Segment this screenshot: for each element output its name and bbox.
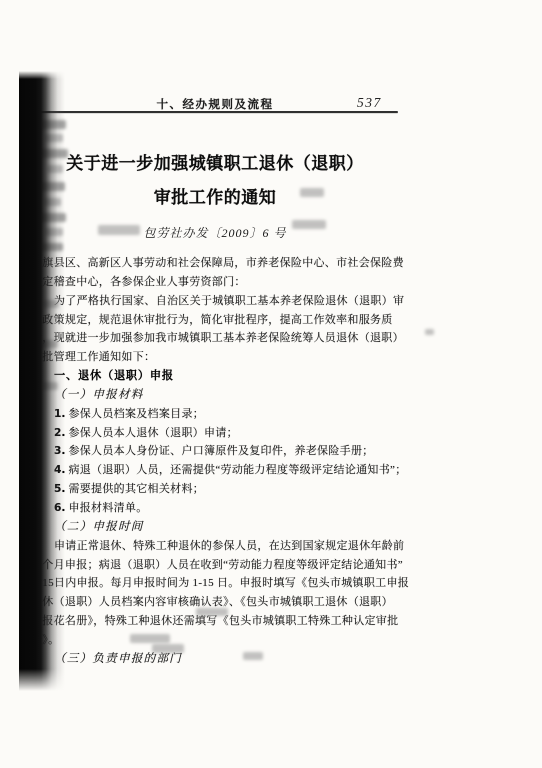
body-line: 量，现就进一步加强参加我市城镇职工基本养老保险统筹人员退休（退职） <box>31 329 399 348</box>
page-number: 537 <box>357 95 382 111</box>
list-item-text: 申报材料清单。 <box>65 502 147 514</box>
bleed-through-mark <box>130 634 170 643</box>
body-line: 申请正常退休、特殊工种退休的参保人员，在达到国家规定退休年龄前 <box>31 537 399 556</box>
bleed-through-mark <box>196 608 228 616</box>
list-item-text: 参保人员本人退休（退职）申请； <box>65 427 238 439</box>
bleed-through-mark <box>43 300 59 308</box>
bleed-through-mark <box>300 188 324 197</box>
list-item-number: 6. <box>54 502 65 514</box>
list-item-number: 4. <box>54 464 65 476</box>
bleed-through-mark <box>98 225 140 235</box>
body-line: 表》。 <box>31 631 399 650</box>
bleed-through-mark <box>38 149 68 158</box>
bleed-through-mark <box>39 213 66 222</box>
bleed-through-mark <box>47 165 63 173</box>
body-line: 6. 申报材料清单。 <box>31 499 399 518</box>
body-line: 后15日内申报。每月申报时间为 1-15 日。申报时填写《包头市城镇职工申报 <box>31 574 399 593</box>
bleed-through-mark <box>40 120 66 129</box>
running-header-section-title: 十、经办规则及流程 <box>32 96 398 112</box>
list-item-number: 1. <box>54 408 65 420</box>
list-item-text: 参保人员本人身份证、户口簿原件及复印件，养老保险手册； <box>65 445 373 457</box>
body-line: （一）申报材料 <box>31 386 399 405</box>
body-line: （三）负责申报的部门 <box>31 650 399 669</box>
bleed-through-mark <box>292 220 326 229</box>
body-line: 审批管理工作通知如下： <box>31 348 399 367</box>
list-item-text: 需要提供的其它相关材料； <box>65 483 204 495</box>
bleed-through-mark <box>42 382 58 390</box>
list-item-number: 3. <box>54 445 65 457</box>
bleed-through-mark <box>243 652 263 660</box>
bleed-through-mark <box>40 340 58 348</box>
body-line: 为了严格执行国家、自治区关于城镇职工基本养老保险退休（退职）审 <box>31 292 399 311</box>
body-line: 5. 需要提供的其它相关材料； <box>31 480 399 499</box>
bleed-through-mark <box>40 182 65 191</box>
list-item-number: 5. <box>54 483 65 495</box>
bleed-through-mark <box>152 644 184 653</box>
body-line: 一个月申报；病退（退职）人员在收到“劳动能力程度等级评定结论通知书” <box>31 556 399 575</box>
body-line: 一、退休（退职）申报 <box>31 367 399 386</box>
bleed-through-mark <box>45 134 63 142</box>
document-title-line-1: 关于进一步加强城镇职工退休（退职） <box>31 149 399 174</box>
body-line: （二）申报时间 <box>31 518 399 537</box>
body-line: 2. 参保人员本人退休（退职）申请； <box>31 424 399 443</box>
body-line: 批政策规定，规范退休审批行为，简化审批程序，提高工作效率和服务质 <box>31 311 399 330</box>
document-reference-number: 包劳社办发〔2009〕6 号 <box>31 224 399 241</box>
body-line: 核定稽查中心，各参保企业人事劳资部门： <box>31 273 399 292</box>
list-item-text: 病退（退职）人员，还需提供“劳动能力程度等级评定结论通知书”； <box>65 464 406 476</box>
body-line: 1. 参保人员档案及档案目录； <box>31 405 399 424</box>
bleed-through-mark <box>41 243 63 251</box>
list-item-text: 参保人员档案及档案目录； <box>65 408 204 420</box>
scanned-document-page: 十、经办规则及流程 537 关于进一步加强城镇职工退休（退职） 审批工作的通知 … <box>0 0 542 768</box>
bleed-through-mark <box>45 228 63 236</box>
list-item-number: 2. <box>54 427 65 439</box>
body-line: 各旗县区、高新区人事劳动和社会保障局，市养老保险中心、市社会保险费 <box>31 254 399 273</box>
body-line: 3. 参保人员本人身份证、户口簿原件及复印件，养老保险手册； <box>31 442 399 461</box>
bleed-through-mark <box>44 198 61 206</box>
document-body: 各旗县区、高新区人事劳动和社会保障局，市养老保险中心、市社会保险费核定稽查中心，… <box>31 254 399 669</box>
body-line: 4. 病退（退职）人员，还需提供“劳动能力程度等级评定结论通知书”； <box>31 461 399 480</box>
header-rule <box>30 111 398 113</box>
document-title-line-2: 审批工作的通知 <box>31 183 399 208</box>
bleed-through-mark <box>425 329 434 335</box>
